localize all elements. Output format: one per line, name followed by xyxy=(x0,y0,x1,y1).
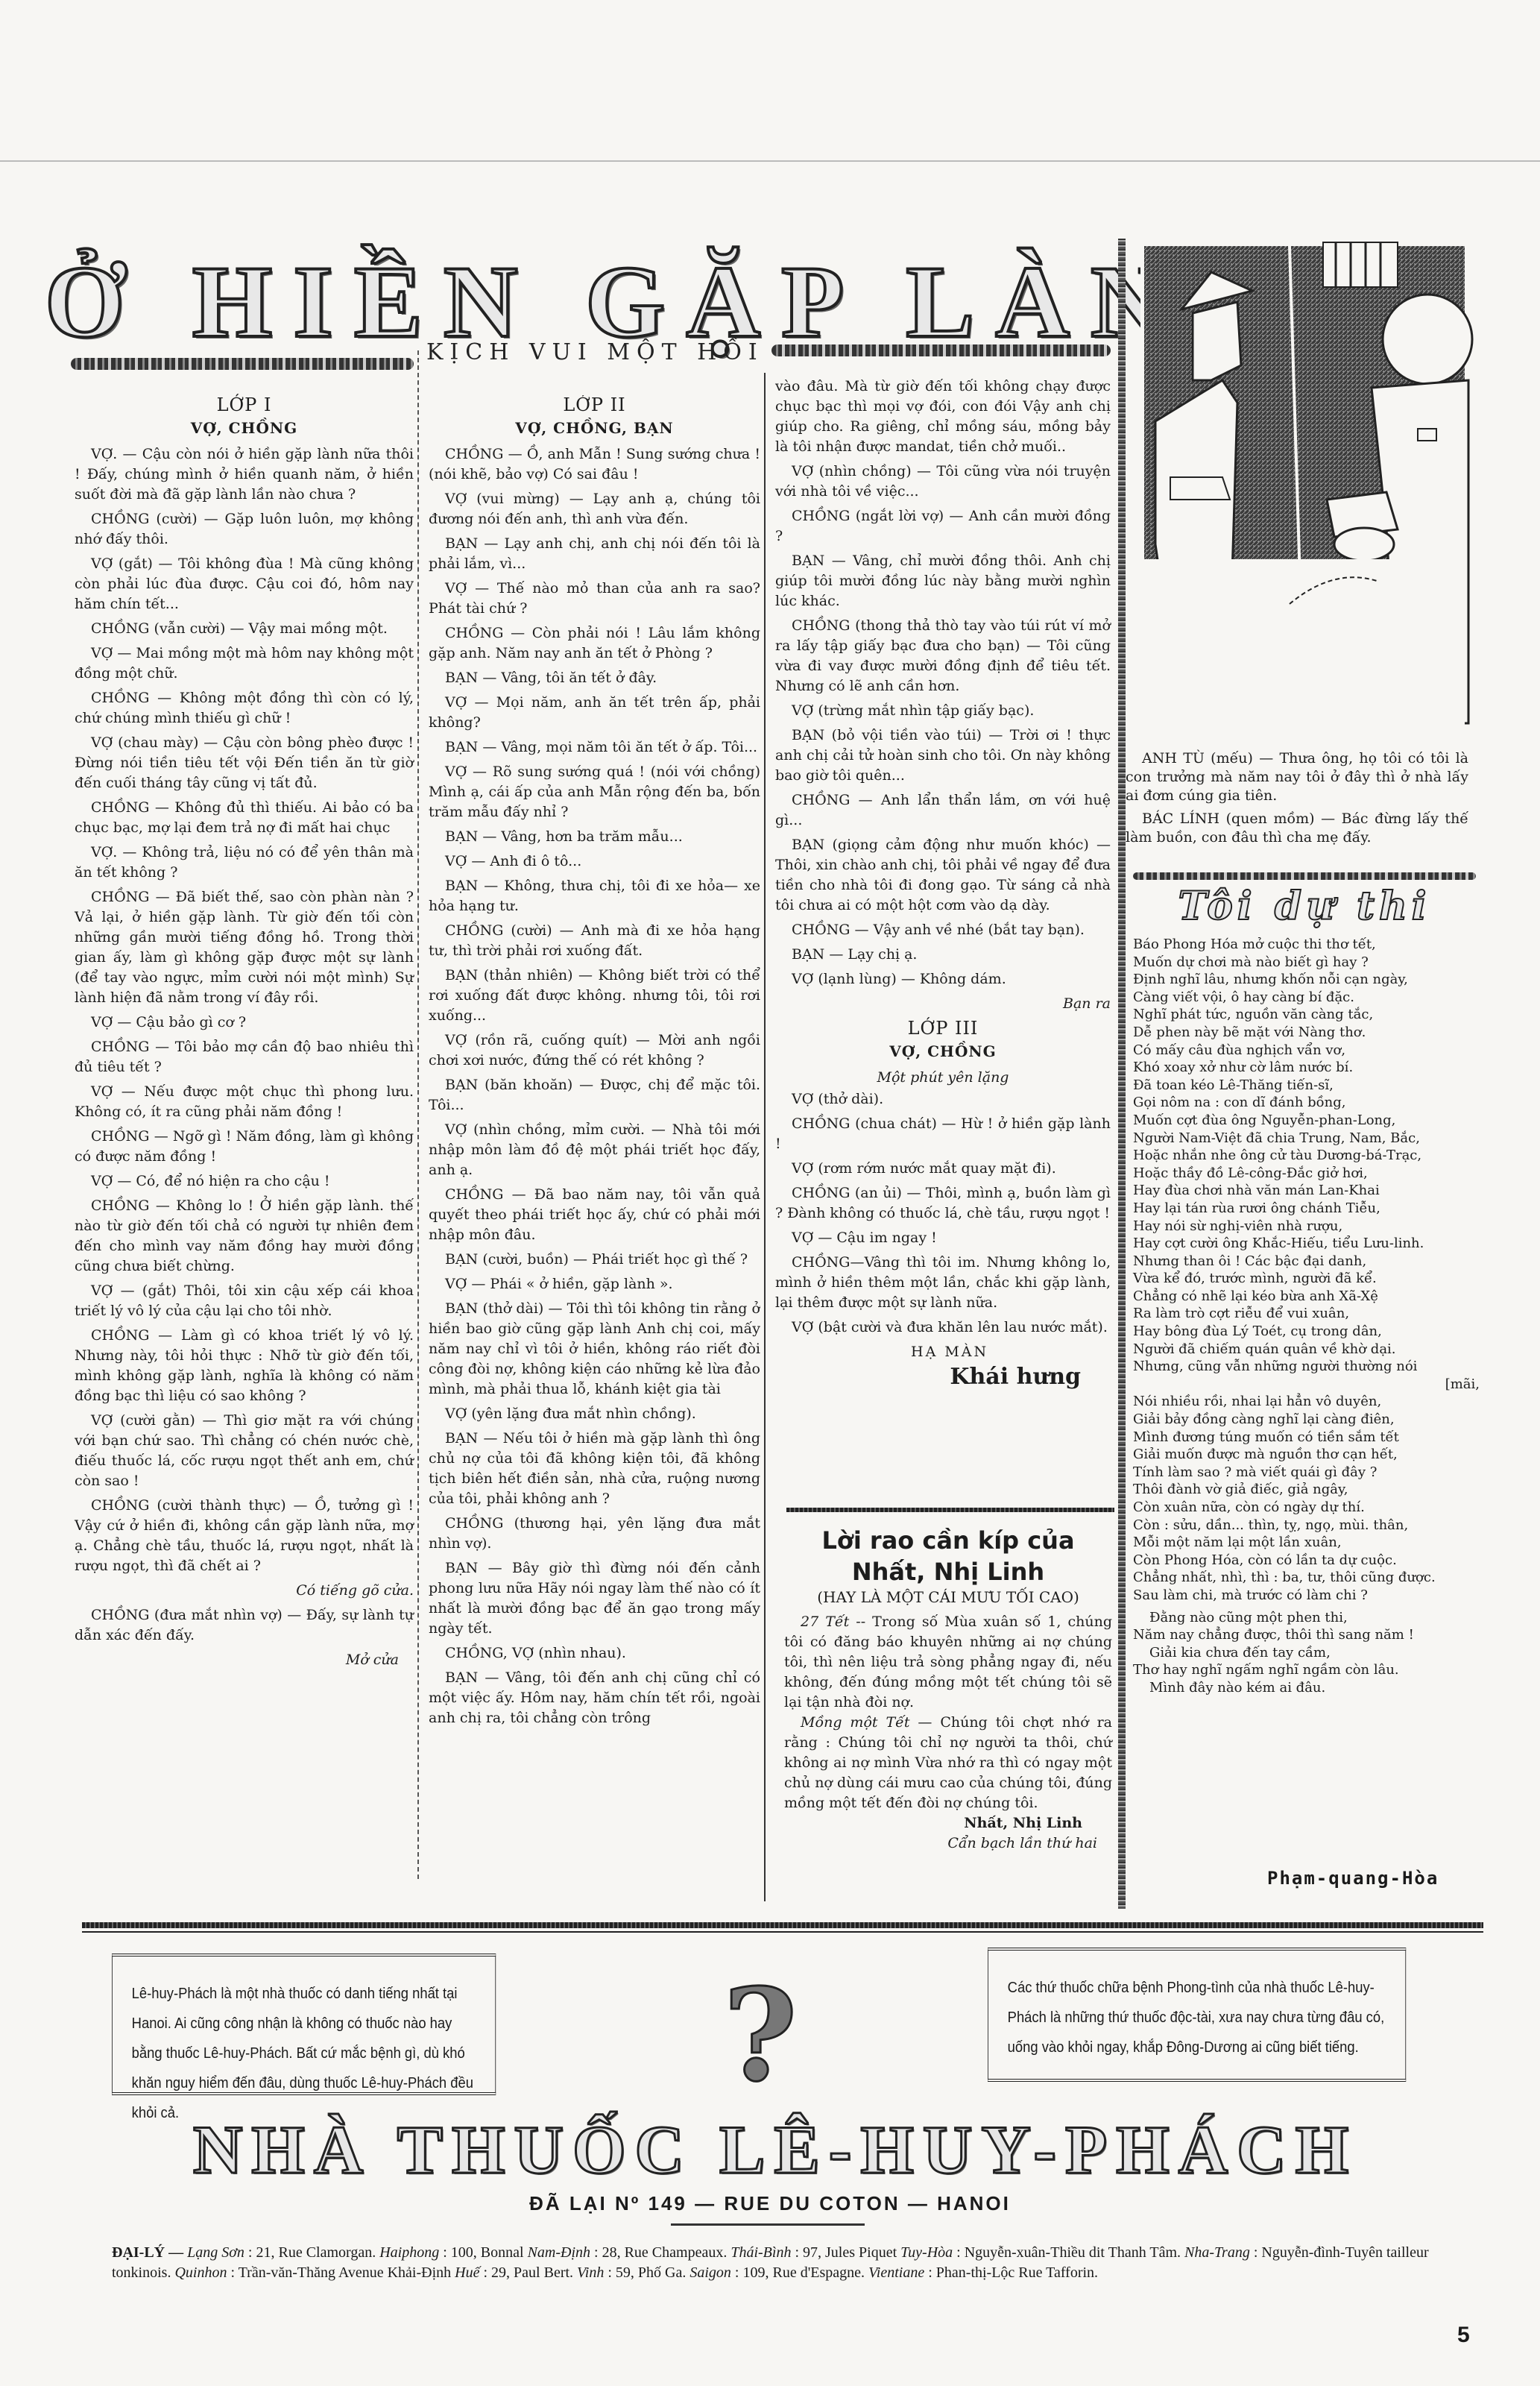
agent-entry: Lạng Sơn : 21, Rue Clamorgan. xyxy=(187,2244,379,2261)
wavy-ornament-right xyxy=(771,344,1111,356)
dialogue-line: VỢ — Anh đi ô tô... xyxy=(429,852,760,872)
poem-line: Còn xuân nữa, còn có ngày dự thí. xyxy=(1133,1499,1480,1517)
notice-signature-note: Cẩn bạch lần thứ hai xyxy=(784,1833,1112,1854)
dialogue-line: CHỒNG — Không lo ! Ở hiền gặp lành. thế … xyxy=(75,1196,414,1277)
dialogue-list: VỢ (thở dài).CHỒNG (chua chát) — Hừ ! ở … xyxy=(775,1089,1111,1338)
agent-entry: Haiphong : 100, Bonnal xyxy=(379,2244,527,2261)
agent-city: Tuy-Hòa xyxy=(900,2244,953,2261)
agent-entry: Thái-Bình : 97, Jules Piquet xyxy=(730,2244,900,2261)
agent-city: Nha-Trang xyxy=(1184,2244,1250,2261)
agent-entry: Vientiane : Phan-thị-Lộc Rue Tafforin. xyxy=(868,2264,1098,2281)
act-characters: VỢ, CHỒNG, BẠN xyxy=(429,418,760,438)
poem-line: Báo Phong Hóa mở cuộc thi thơ tết, xyxy=(1133,936,1480,954)
poem-line: Nói nhiều rồi, nhai lại hẳn vô duyên, xyxy=(1133,1393,1480,1411)
dialogue-line: BẠN — Vâng, tôi đến anh chị cũng chỉ có … xyxy=(429,1668,760,1728)
dialogue-line: CHỒNG — Vậy anh về nhé (bắt tay bạn). xyxy=(775,920,1111,940)
stage-direction: Một phút yên lặng xyxy=(775,1068,1111,1088)
advert-left-box: Lê-huy-Phách là một nhà thuốc có danh ti… xyxy=(112,1954,496,2095)
dialogue-line: VỢ (cười gằn) — Thì giơ mặt ra với chúng… xyxy=(75,1411,414,1491)
play-column-1: LỚP I VỢ, CHỒNG VỢ. — Cậu còn nói ở hiền… xyxy=(75,395,414,1675)
dialogue-line: BẠN — Vâng, mọi năm tôi ăn tết ở ấp. Tôi… xyxy=(429,737,760,758)
dialogue-line: VỢ — (gắt) Thôi, tôi xin cậu xếp cái kho… xyxy=(75,1281,414,1321)
dialogue-line: VỢ — Cậu bảo gì cơ ? xyxy=(75,1013,414,1033)
act-characters: VỢ, CHỒNG xyxy=(775,1042,1111,1062)
advert-right-box: Các thứ thuốc chữa bệnh Phong-tình của n… xyxy=(988,1948,1406,2082)
dialogue-line: CHỒNG — Còn phải nói ! Lâu lắm không gặp… xyxy=(429,623,760,664)
agent-entry: Tuy-Hòa : Nguyễn-xuân-Thiều dit Thanh Tâ… xyxy=(900,2244,1184,2261)
agent-city: Thái-Bình xyxy=(730,2244,791,2261)
agent-entry: Quinhon : Trần-văn-Thăng Avenue Khải-Địn… xyxy=(174,2264,455,2281)
poem-line: Còn : sửu, dần... thìn, tỵ, ngọ, mùi. th… xyxy=(1133,1517,1480,1534)
page-number: 5 xyxy=(1457,2323,1470,2348)
poem-line: Nhưng than ôi ! Các bậc đại danh, xyxy=(1133,1253,1480,1271)
dialogue-line: CHỒNG—Vâng thì tôi im. Nhưng không lo, m… xyxy=(775,1253,1111,1313)
notice-box: Lời rao cần kíp của Nhất, Nhị Linh (HAY … xyxy=(784,1525,1112,1854)
play-author: Khái hưng xyxy=(775,1367,1111,1387)
poem-line: Nghĩ phát tức, nguồn văn càng tắc, xyxy=(1133,1006,1480,1024)
notice-signature: Nhất, Nhị Linh xyxy=(784,1813,1112,1833)
wavy-ornament-left xyxy=(71,358,414,370)
wavy-ornament xyxy=(1133,872,1476,880)
agent-city: Huế xyxy=(455,2264,479,2281)
advert-address: ĐÃ LẠI Nº 149 — RUE DU COTON — HANOI xyxy=(0,2192,1540,2215)
dialogue-line: CHỒNG (thong thả thò tay vào túi rút ví … xyxy=(775,616,1111,696)
poem-line: [mãi, xyxy=(1133,1376,1480,1394)
column-divider xyxy=(764,373,766,1901)
agent-entry: Huế : 29, Paul Bert. xyxy=(455,2264,577,2281)
dialogue-line: BẠN — Lạy anh chị, anh chị nói đến tôi l… xyxy=(429,534,760,574)
agent-address: 59, Phố Ga. xyxy=(616,2264,686,2281)
dialogue-line: BẠN — Bây giờ thì đừng nói đến cảnh phon… xyxy=(429,1558,760,1639)
poem-body: Báo Phong Hóa mở cuộc thi thơ tết,Muốn d… xyxy=(1133,936,1480,1697)
dialogue-line: CHỒNG (chua chát) — Hừ ! ở hiền gặp lành… xyxy=(775,1114,1111,1154)
poem-line: Muốn dự chơi mà nào biết gì hay ? xyxy=(1133,954,1480,972)
notice-title: Nhất, Nhị Linh xyxy=(784,1556,1112,1587)
agent-city: Lạng Sơn xyxy=(187,2244,244,2261)
notice-subtitle: (HAY LÀ MỘT CÁI MƯU TỐI CAO) xyxy=(784,1587,1112,1608)
agent-address: Phan-thị-Lộc Rue Tafforin. xyxy=(936,2264,1098,2281)
dialogue-line: VỢ. — Cậu còn nói ở hiền gặp lành nữa th… xyxy=(75,444,414,505)
dialogue-line: VỢ. — Không trả, liệu nó có để yên thân … xyxy=(75,843,414,883)
dialogue-line: VỢ — Mọi năm, anh ăn tết trên ấp, phải k… xyxy=(429,693,760,733)
curtain-direction: HẠ MÀN xyxy=(775,1342,1111,1362)
poem-line: Giải bảy đồng càng nghĩ lại càng điên, xyxy=(1133,1411,1480,1429)
dialogue-line: BẠN (cười, buồn) — Phái triết học gì thế… xyxy=(429,1250,760,1270)
poem-line: Mình đương túng muốn có tiền sắm tết xyxy=(1133,1429,1480,1447)
poem-line: Càng viết vội, ô hay càng bí đặc. xyxy=(1133,989,1480,1007)
poem-line: Muốn cợt đùa ông Nguyễn-phan-Long, xyxy=(1133,1112,1480,1130)
dialogue-line: CHỒNG (ngắt lời vợ) — Anh cần mười đồng … xyxy=(775,506,1111,547)
dialogue-line: VỢ (lạnh lùng) — Không dám. xyxy=(775,969,1111,989)
dialogue-line: CHỒNG — Tôi bảo mợ cần độ bao nhiêu thì … xyxy=(75,1037,414,1077)
notice-date: Mồng một Tết xyxy=(801,1714,909,1731)
dialogue-list: VỢ. — Cậu còn nói ở hiền gặp lành nữa th… xyxy=(75,444,414,1576)
poem-line: Chẳng nhất, nhì, thì : ba, tư, thôi cũng… xyxy=(1133,1569,1480,1587)
poem-line: Đã toan kéo Lê-Thăng tiến-sĩ, xyxy=(1133,1077,1480,1095)
poem-line: Tính làm sao ? mà viết quái gì đây ? xyxy=(1133,1464,1480,1482)
caption-line: BÁC LÍNH (quen mồm) — Bác đừng lấy thế l… xyxy=(1126,810,1468,847)
agent-address: 29, Paul Bert. xyxy=(491,2264,573,2281)
dialogue-line: BẠN (thản nhiên) — Không biết trời có th… xyxy=(429,966,760,1026)
agent-address: 100, Bonnal xyxy=(451,2244,524,2261)
poem-line: Ra làm trò cợt riễu để vui xuân, xyxy=(1133,1305,1480,1323)
dialogue-line: CHỒNG (cười) — Gặp luôn luôn, mợ không n… xyxy=(75,509,414,550)
advert-top-rule xyxy=(82,1922,1483,1928)
poem-line: Sau làm chi, mà trước có làm chi ? xyxy=(1133,1587,1480,1605)
poem-line: Khó xoay xở như cờ lâm nước bí. xyxy=(1133,1059,1480,1077)
poem-title: Tôi dự thi xyxy=(1129,884,1480,929)
dialogue-list: vào đâu. Mà từ giờ đến tối không chạy đư… xyxy=(775,377,1111,989)
page-top-rule xyxy=(0,160,1540,162)
dialogue-list: CHỒNG (đưa mắt nhìn vợ) — Đấy, sự lành t… xyxy=(75,1605,414,1646)
prison-scene-icon xyxy=(1140,231,1476,746)
poem-author: Phạm-quang-Hòa xyxy=(1267,1868,1439,1889)
act-heading: LỚP III xyxy=(775,1019,1111,1039)
poem-line: Có mấy câu đùa nghịch vẩn vơ, xyxy=(1133,1042,1480,1060)
agent-city: Vinh xyxy=(577,2264,604,2281)
dialogue-continuation: vào đâu. Mà từ giờ đến tối không chạy đư… xyxy=(775,377,1111,457)
agent-city: Quinhon xyxy=(174,2264,227,2281)
poem-line: Mỗi một năm lại một lần xuân, xyxy=(1133,1534,1480,1552)
dialogue-line: CHỒNG — Ngỡ gì ! Năm đồng, làm gì không … xyxy=(75,1127,414,1167)
dialogue-line: BẠN — Vâng, chỉ mười đồng thôi. Anh chị … xyxy=(775,551,1111,611)
dialogue-line: BẠN — Lạy chị ạ. xyxy=(775,945,1111,965)
notice-paragraph: 27 Tết -- Trong số Mùa xuân số 1, chúng … xyxy=(784,1612,1112,1713)
dialogue-line: CHỒNG — Ồ, anh Mẫn ! Sung sướng chưa ! (… xyxy=(429,444,760,485)
dialogue-line: VỢ — Rõ sung sướng quá ! (nói với chồng)… xyxy=(429,762,760,822)
dialogue-line: BẠN — Không, thưa chị, tôi đi xe hỏa— xe… xyxy=(429,876,760,916)
dialogue-line: VỢ — Cậu im ngay ! xyxy=(775,1228,1111,1248)
cartoon-illustration xyxy=(1140,231,1476,746)
article-subtitle: KỊCH VUI MỘT HỒI xyxy=(426,339,764,365)
poem-line: Hay nói sừ nghị-viên nhà rượu, xyxy=(1133,1218,1480,1236)
dialogue-line: BẠN — Vâng, hơn ba trăm mẫu... xyxy=(429,827,760,847)
poem-line: Đằng nào cũng một phen thi, xyxy=(1133,1609,1480,1627)
dialogue-line: BẠN (băn khoăn) — Được, chị để mặc tôi. … xyxy=(429,1075,760,1115)
dialogue-line: BẠN (giọng cảm động như muốn khóc) — Thô… xyxy=(775,835,1111,916)
poem-line: Thôi đành vờ giả điếc, giả ngây, xyxy=(1133,1481,1480,1499)
dialogue-line: VỢ — Nếu được một chục thì phong lưu. Kh… xyxy=(75,1082,414,1122)
poem-line: Giải kia chưa đến tay cầm, xyxy=(1133,1644,1480,1662)
poem-line: Chẳng có nhẽ lại kéo bừa anh Xã-Xệ xyxy=(1133,1288,1480,1306)
agent-entry: Vinh : 59, Phố Ga. xyxy=(577,2264,689,2281)
act-heading: LỚP II xyxy=(429,395,760,415)
notice-date: 27 Tết xyxy=(801,1614,849,1630)
caption-line: ANH TÙ (mếu) — Thưa ông, họ tôi có tôi l… xyxy=(1126,749,1468,805)
dialogue-line: CHỒNG (thương hại, yên lặng đưa mắt nhìn… xyxy=(429,1514,760,1554)
dialogue-line: CHỒNG (an ủi) — Thôi, mình ạ, buồn làm g… xyxy=(775,1183,1111,1224)
dialogue-line: VỢ — Thế nào mỏ than của anh ra sao? Phá… xyxy=(429,579,760,619)
dialogue-line: BẠN — Nếu tôi ở hiền mà gặp lành thì ông… xyxy=(429,1429,760,1509)
agent-address: 109, Rue d'Espagne. xyxy=(742,2264,865,2281)
agent-address: 28, Rue Champeaux. xyxy=(602,2244,728,2261)
dialogue-line: CHỒNG (cười) — Anh mà đi xe hỏa hạng tư,… xyxy=(429,921,760,961)
dialogue-line: VỢ (chau mày) — Cậu còn bông phèo được !… xyxy=(75,733,414,793)
dialogue-line: CHỒNG — Anh lẩn thẩn lắm, ơn với huệ gì.… xyxy=(775,790,1111,831)
agent-city: Haiphong xyxy=(379,2244,439,2261)
poem-line: Người đã chiếm quán quân về khờ dại. xyxy=(1133,1341,1480,1359)
poem-line: Còn Phong Hóa, còn có lần ta dự cuộc. xyxy=(1133,1552,1480,1570)
poem-line: Vừa kể đó, trước mình, người đã kể. xyxy=(1133,1270,1480,1288)
dialogue-line: VỢ (nhìn chồng) — Tôi cũng vừa nói truyệ… xyxy=(775,462,1111,502)
section-rule xyxy=(786,1508,1114,1512)
poem-line: Hay đùa chơi nhà văn mán Lan-Khai xyxy=(1133,1182,1480,1200)
dialogue-line: VỢ — Có, để nó hiện ra cho cậu ! xyxy=(75,1171,414,1192)
dialogue-line: BẠN — Vâng, tôi ăn tết ở đây. xyxy=(429,668,760,688)
dialogue-line: VỢ (trừng mắt nhìn tập giấy bạc). xyxy=(775,701,1111,721)
poem-line: Nhưng, cũng vẫn những người thường nói xyxy=(1133,1358,1480,1376)
play-column-3: vào đâu. Mà từ giờ đến tối không chạy đư… xyxy=(775,377,1111,1391)
dialogue-list: CHỒNG — Ồ, anh Mẫn ! Sung sướng chưa ! (… xyxy=(429,444,760,1728)
agent-entry: Nam-Định : 28, Rue Champeaux. xyxy=(528,2244,731,2261)
question-mark-icon: ? xyxy=(686,1968,835,2103)
ornament-rule xyxy=(671,2223,865,2226)
agents-label: ĐẠI-LÝ — xyxy=(112,2244,187,2261)
poem-line: Gọi nôm na : con dĩ đánh bồng, xyxy=(1133,1094,1480,1112)
dialogue-line: VỢ (nhìn chồng, mỉm cười. — Nhà tôi mới … xyxy=(429,1120,760,1180)
poem-line: Hay lại tán rùa rươi ông chánh Tiễu, xyxy=(1133,1200,1480,1218)
agent-address: 21, Rue Clamorgan. xyxy=(256,2244,376,2261)
agents-list: ĐẠI-LÝ — Lạng Sơn : 21, Rue Clamorgan. H… xyxy=(112,2243,1468,2283)
play-column-2: LỚP II VỢ, CHỒNG, BẠN CHỒNG — Ồ, anh Mẫn… xyxy=(429,395,760,1909)
notice-paragraph: Mồng một Tết — Chúng tôi chợt nhớ ra rằn… xyxy=(784,1713,1112,1813)
poem-line: Năm nay chẳng được, thôi thì sang năm ! xyxy=(1133,1626,1480,1644)
poem-line: Thơ hay nghĩ ngấm nghĩ ngầm còn lâu. xyxy=(1133,1661,1480,1679)
poem-line: Hoặc thầy đồ Lê-công-Đắc giở hơi, xyxy=(1133,1165,1480,1183)
dialogue-line: VỢ — Mai mồng một mà hôm nay không một đ… xyxy=(75,643,414,684)
dialogue-line: CHỒNG — Không một đồng thì còn có lý, ch… xyxy=(75,688,414,728)
agent-address: 97, Jules Piquet xyxy=(803,2244,897,2261)
dialogue-line: VỢ (thở dài). xyxy=(775,1089,1111,1109)
dialogue-line: VỢ (rơm rớm nước mắt quay mặt đi). xyxy=(775,1159,1111,1179)
dialogue-line: VỢ — Phái « ở hiền, gặp lành ». xyxy=(429,1274,760,1294)
poem-line: Dễ phen này bẽ mặt với Nàng thơ. xyxy=(1133,1024,1480,1042)
poem-line: Định nghĩ lâu, nhưng khốn nỗi cạn ngày, xyxy=(1133,971,1480,989)
poem-line: Giải muốn được mà nguồn thơ cạn hết, xyxy=(1133,1446,1480,1464)
dialogue-line: CHỒNG, VỢ (nhìn nhau). xyxy=(429,1643,760,1663)
poem-line: Người Nam-Việt đã chia Trung, Nam, Bắc, xyxy=(1133,1130,1480,1148)
dialogue-line: VỢ (rồn rã, cuống quít) — Mời anh ngồi c… xyxy=(429,1030,760,1071)
agent-entry: Saigon : 109, Rue d'Espagne. xyxy=(689,2264,868,2281)
agent-address: Nguyễn-xuân-Thiều dit Thanh Tâm. xyxy=(965,2244,1181,2261)
dialogue-line: VỢ (gắt) — Tôi không đùa ! Mà cũng không… xyxy=(75,554,414,614)
cartoon-caption: ANH TÙ (mếu) — Thưa ông, họ tôi có tôi l… xyxy=(1126,749,1468,852)
dialogue-line: CHỒNG (cười thành thực) — Ồ, tưởng gì ! … xyxy=(75,1496,414,1576)
dialogue-line: VỢ (vui mừng) — Lạy anh ạ, chúng tôi đươ… xyxy=(429,489,760,529)
notice-title: Lời rao cần kíp của xyxy=(784,1525,1112,1556)
dialogue-line: CHỒNG (đưa mắt nhìn vợ) — Đấy, sự lành t… xyxy=(75,1605,414,1646)
act-heading: LỚP I xyxy=(75,395,414,415)
agent-city: Nam-Định xyxy=(528,2244,590,2261)
dialogue-line: CHỒNG — Đã biết thế, sao còn phàn nàn ? … xyxy=(75,887,414,1008)
agent-city: Saigon xyxy=(689,2264,731,2281)
poem-line: Hay cợt cười ông Khắc-Hiếu, tiểu Lưu-lin… xyxy=(1133,1235,1480,1253)
stage-direction: Có tiếng gõ cửa. xyxy=(75,1581,414,1601)
advert-top-rule xyxy=(82,1931,1483,1933)
agent-address: Trần-văn-Thăng Avenue Khải-Định xyxy=(239,2264,452,2281)
advert-title: NHÀ THUỐC LÊ-HUY-PHÁCH xyxy=(97,2110,1454,2189)
agent-city: Vientiane xyxy=(868,2264,924,2281)
act-characters: VỢ, CHỒNG xyxy=(75,418,414,438)
poem-line: Hoặc nhắn nhe ông cử tàu Dương-bá-Trạc, xyxy=(1133,1147,1480,1165)
dialogue-line: BẠN (thở dài) — Tôi thì tôi không tin rằ… xyxy=(429,1299,760,1400)
stage-direction: Mở cửa xyxy=(75,1650,414,1670)
dialogue-line: BẠN (bỏ vội tiền vào túi) — Trời ơi ! th… xyxy=(775,725,1111,786)
dialogue-line: VỢ (bật cười và đưa khăn lên lau nước mắ… xyxy=(775,1318,1111,1338)
poem-line: Mình đây nào kém ai đâu. xyxy=(1133,1679,1480,1697)
dialogue-line: VỢ (yên lặng đưa mắt nhìn chồng). xyxy=(429,1404,760,1424)
column-divider xyxy=(417,350,419,1879)
dialogue-line: CHỒNG — Không đủ thì thiếu. Ai bảo có ba… xyxy=(75,798,414,838)
dialogue-line: CHỒNG — Đã bao năm nay, tôi vẫn quả quyế… xyxy=(429,1185,760,1245)
cartoon-border xyxy=(1118,239,1126,1909)
poem-line: Hay bông đùa Lý Toét, cụ trong dân, xyxy=(1133,1323,1480,1341)
stage-direction: Bạn ra xyxy=(775,994,1111,1014)
dialogue-line: CHỒNG (vẫn cười) — Vậy mai mồng một. xyxy=(75,619,414,639)
dialogue-line: CHỒNG — Làm gì có khoa triết lý vô lý. N… xyxy=(75,1326,414,1406)
